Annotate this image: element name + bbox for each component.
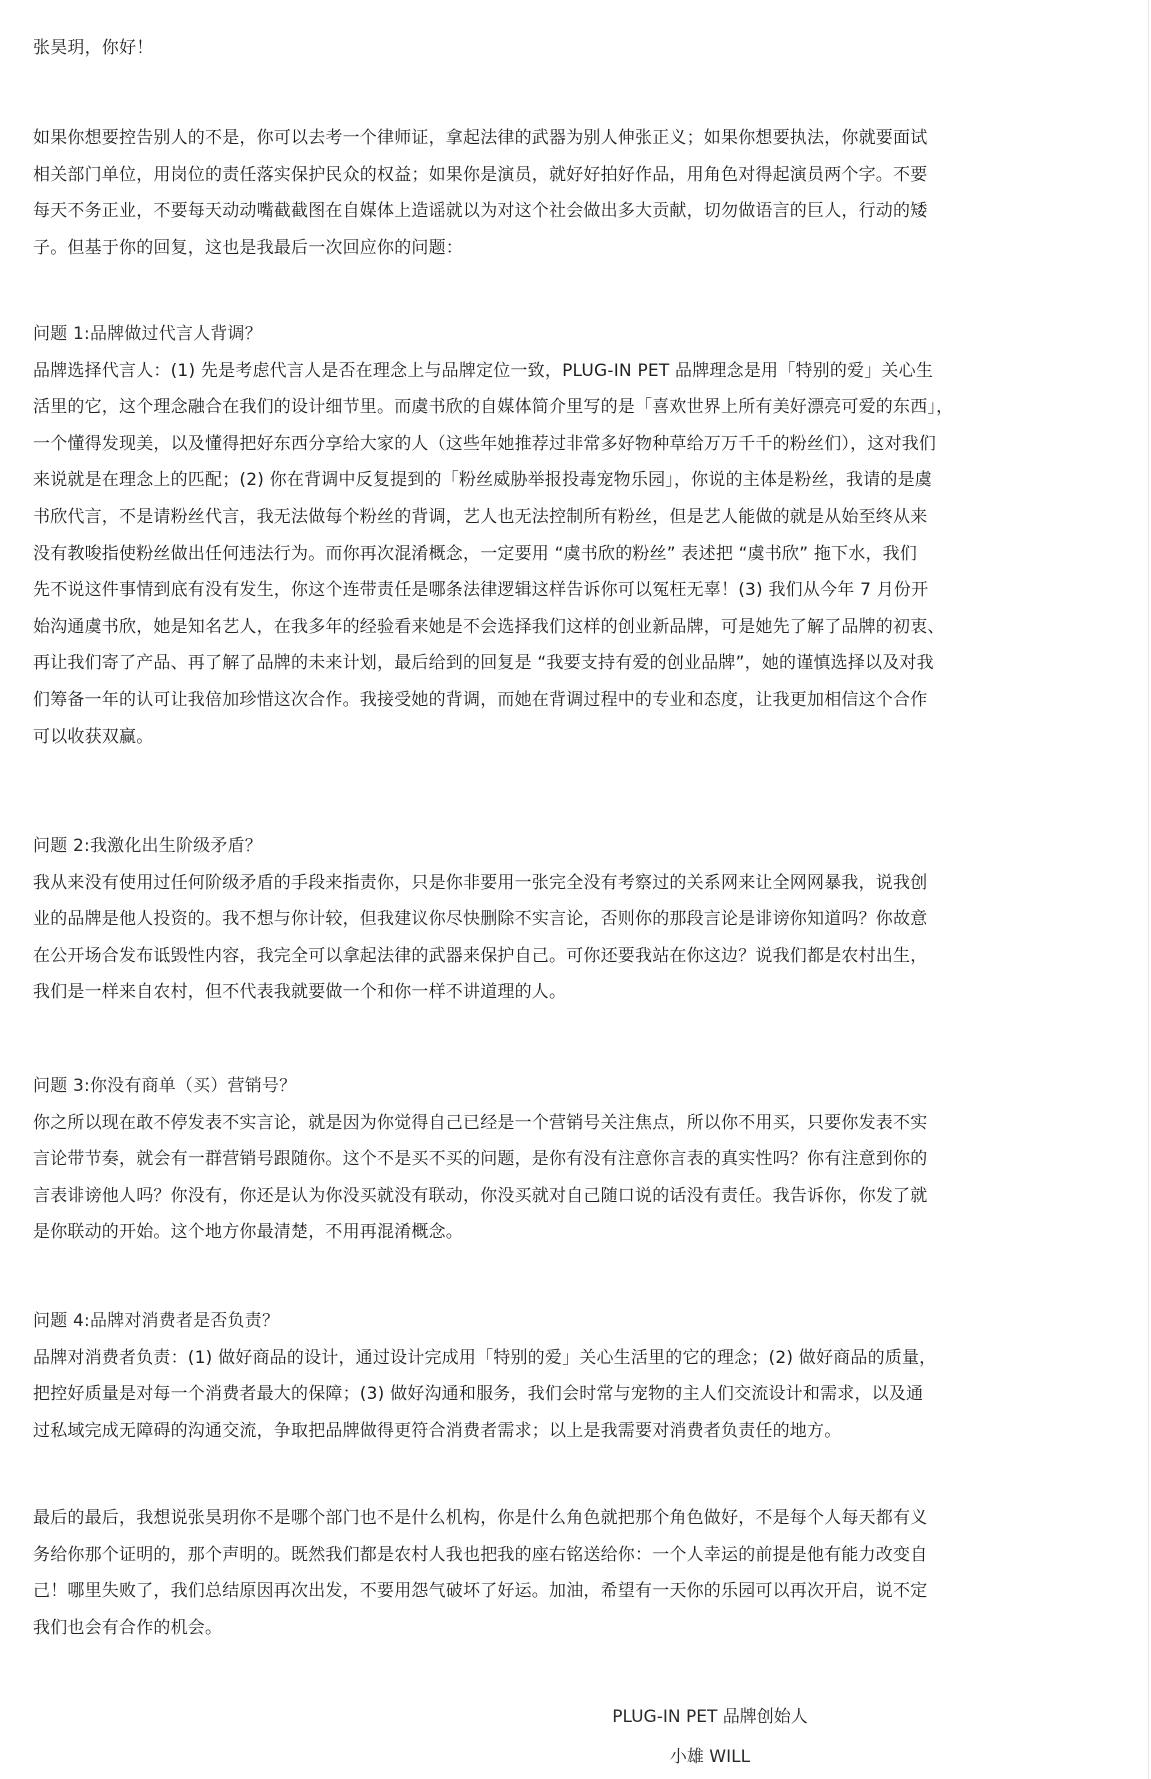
- intro-line: 每天不务正业，不要每天动动嘴截截图在自媒体上造谣就以为对这个社会做出多大贡献，切…: [33, 193, 1093, 230]
- section-line: 把控好质量是对每一个消费者最大的保障；(3) 做好沟通和服务，我们会时常与宠物的…: [33, 1376, 1093, 1413]
- section-line: 言论带节奏，就会有一群营销号跟随你。这个不是买不买的问题，是你有没有注意你言表的…: [33, 1141, 1093, 1178]
- section-title: 问题 1:品牌做过代言人背调？: [33, 316, 1093, 353]
- intro-line: 相关部门单位，用岗位的责任落实保护民众的权益；如果你是演员，就好好拍好作品，用角…: [33, 157, 1093, 194]
- greeting-block: 张昊玥，你好！: [33, 30, 1093, 67]
- greeting: 张昊玥，你好！: [33, 30, 1093, 67]
- section-question-1: 问题 1:品牌做过代言人背调？ 品牌选择代言人：(1) 先是考虑代言人是否在理念…: [33, 316, 1093, 755]
- section-line: 可以收获双赢。: [33, 719, 1093, 756]
- section-line: 是你联动的开始。这个地方你最清楚，不用再混淆概念。: [33, 1214, 1093, 1251]
- section-line: 我们是一样来自农村，但不代表我就要做一个和你一样不讲道理的人。: [33, 974, 1093, 1011]
- signature-name: 小雄 WILL: [560, 1737, 860, 1777]
- section-line: 业的品牌是他人投资的。我不想与你计较，但我建议你尽快删除不实言论，否则你的那段言…: [33, 901, 1093, 938]
- section-line: 过私域完成无障碍的沟通交流，争取把品牌做得更符合消费者需求；以上是我需要对消费者…: [33, 1413, 1093, 1450]
- section-question-3: 问题 3:你没有商单（买）营销号？ 你之所以现在敢不停发表不实言论，就是因为你觉…: [33, 1068, 1093, 1251]
- section-line: 来说就是在理念上的匹配；(2) 你在背调中反复提到的「粉丝威胁举报投毒宠物乐园」…: [33, 462, 1093, 499]
- section-line: 品牌对消费者负责：(1) 做好商品的设计，通过设计完成用「特别的爱」关心生活里的…: [33, 1340, 1093, 1377]
- closing-line: 最后的最后，我想说张昊玥你不是哪个部门也不是什么机构，你是什么角色就把那个角色做…: [33, 1500, 1093, 1537]
- section-line: 先不说这件事情到底有没有发生，你这个连带责任是哪条法律逻辑这样告诉你可以冤枉无辜…: [33, 572, 1093, 609]
- section-line: 品牌选择代言人：(1) 先是考虑代言人是否在理念上与品牌定位一致，PLUG-IN…: [33, 353, 1093, 390]
- section-question-2: 问题 2:我激化出生阶级矛盾？ 我从来没有使用过任何阶级矛盾的手段来指责你，只是…: [33, 828, 1093, 1011]
- section-title: 问题 4:品牌对消费者是否负责？: [33, 1303, 1093, 1340]
- section-title: 问题 3:你没有商单（买）营销号？: [33, 1068, 1093, 1105]
- closing-line: 务给你那个证明的，那个声明的。既然我们都是农村人我也把我的座右铭送给你：一个人幸…: [33, 1537, 1093, 1574]
- section-line: 活里的它，这个理念融合在我们的设计细节里。而虞书欣的自媒体简介里写的是「喜欢世界…: [33, 389, 1093, 426]
- section-title: 问题 2:我激化出生阶级矛盾？: [33, 828, 1093, 865]
- section-line: 始沟通虞书欣，她是知名艺人，在我多年的经验看来她是不会选择我们这样的创业新品牌，…: [33, 609, 1093, 646]
- section-line: 书欣代言，不是请粉丝代言，我无法做每个粉丝的背调，艺人也无法控制所有粉丝，但是艺…: [33, 499, 1093, 536]
- section-line: 我从来没有使用过任何阶级矛盾的手段来指责你，只是你非要用一张完全没有考察过的关系…: [33, 865, 1093, 902]
- section-question-4: 问题 4:品牌对消费者是否负责？ 品牌对消费者负责：(1) 做好商品的设计，通过…: [33, 1303, 1093, 1449]
- closing-line: 己！哪里失败了，我们总结原因再次出发，不要用怨气破坏了好运。加油，希望有一天你的…: [33, 1573, 1093, 1610]
- closing-paragraph: 最后的最后，我想说张昊玥你不是哪个部门也不是什么机构，你是什么角色就把那个角色做…: [33, 1500, 1093, 1646]
- section-line: 言表诽谤他人吗？你没有，你还是认为你没买就没有联动，你没买就对自己随口说的话没有…: [33, 1178, 1093, 1215]
- intro-line: 子。但基于你的回复，这也是我最后一次回应你的问题：: [33, 230, 1093, 267]
- intro-paragraph: 如果你想要控告别人的不是，你可以去考一个律师证，拿起法律的武器为别人伸张正义；如…: [33, 120, 1093, 266]
- section-line: 在公开场合发布诋毁性内容，我完全可以拿起法律的武器来保护自己。可你还要我站在你这…: [33, 938, 1093, 975]
- section-line: 你之所以现在敢不停发表不实言论，就是因为你觉得自己已经是一个营销号关注焦点，所以…: [33, 1105, 1093, 1142]
- signature-title: PLUG-IN PET 品牌创始人: [560, 1697, 860, 1737]
- letter-page: 张昊玥，你好！ 如果你想要控告别人的不是，你可以去考一个律师证，拿起法律的武器为…: [0, 0, 1151, 1779]
- section-line: 没有教唆指使粉丝做出任何违法行为。而你再次混淆概念，一定要用 “虞书欣的粉丝” …: [33, 536, 1093, 573]
- page-edge-divider: [1148, 0, 1149, 1779]
- section-line: 再让我们寄了产品、再了解了品牌的未来计划，最后给到的回复是 “我要支持有爱的创业…: [33, 645, 1093, 682]
- intro-line: 如果你想要控告别人的不是，你可以去考一个律师证，拿起法律的武器为别人伸张正义；如…: [33, 120, 1093, 157]
- signature-block: PLUG-IN PET 品牌创始人 小雄 WILL: [560, 1697, 860, 1777]
- section-line: 们筹备一年的认可让我倍加珍惜这次合作。我接受她的背调，而她在背调过程中的专业和态…: [33, 682, 1093, 719]
- closing-line: 我们也会有合作的机会。: [33, 1610, 1093, 1647]
- section-line: 一个懂得发现美，以及懂得把好东西分享给大家的人（这些年她推荐过非常多好物种草给万…: [33, 426, 1093, 463]
